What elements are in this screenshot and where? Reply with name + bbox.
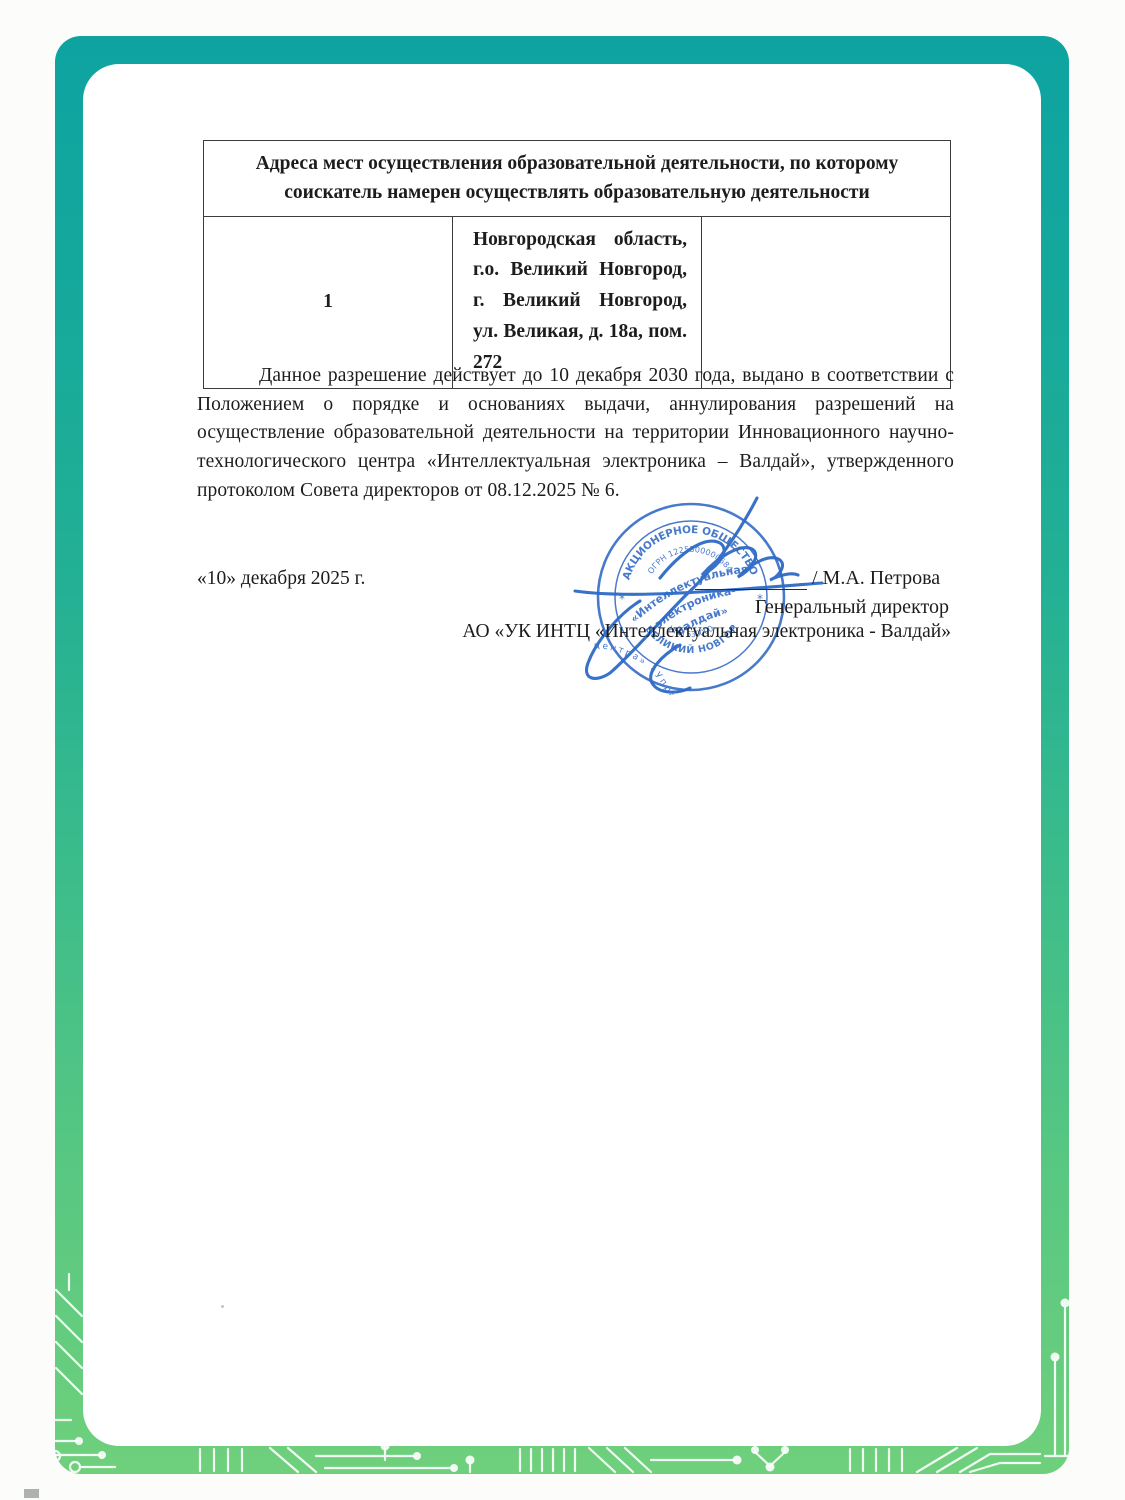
scan-edge-artifact [24, 1489, 39, 1498]
signature-line [695, 573, 807, 590]
signer-title: Генеральный директор [755, 596, 949, 619]
issue-date: «10» декабря 2025 г. [197, 568, 365, 590]
addresses-table: Адреса мест осуществления образовательно… [203, 140, 951, 389]
scan-speck [221, 1305, 224, 1308]
signer-organization: АО «УК ИНТЦ «Интеллектуальная электроник… [462, 621, 951, 643]
table-header-cell: Адреса мест осуществления образовательно… [204, 141, 951, 217]
scanned-document-page: Адреса мест осуществления образовательно… [0, 0, 1125, 1500]
signer-name: / М.А. Петрова [812, 567, 940, 590]
handwritten-signature [540, 483, 850, 703]
table-header-row: Адреса мест осуществления образовательно… [204, 141, 951, 217]
